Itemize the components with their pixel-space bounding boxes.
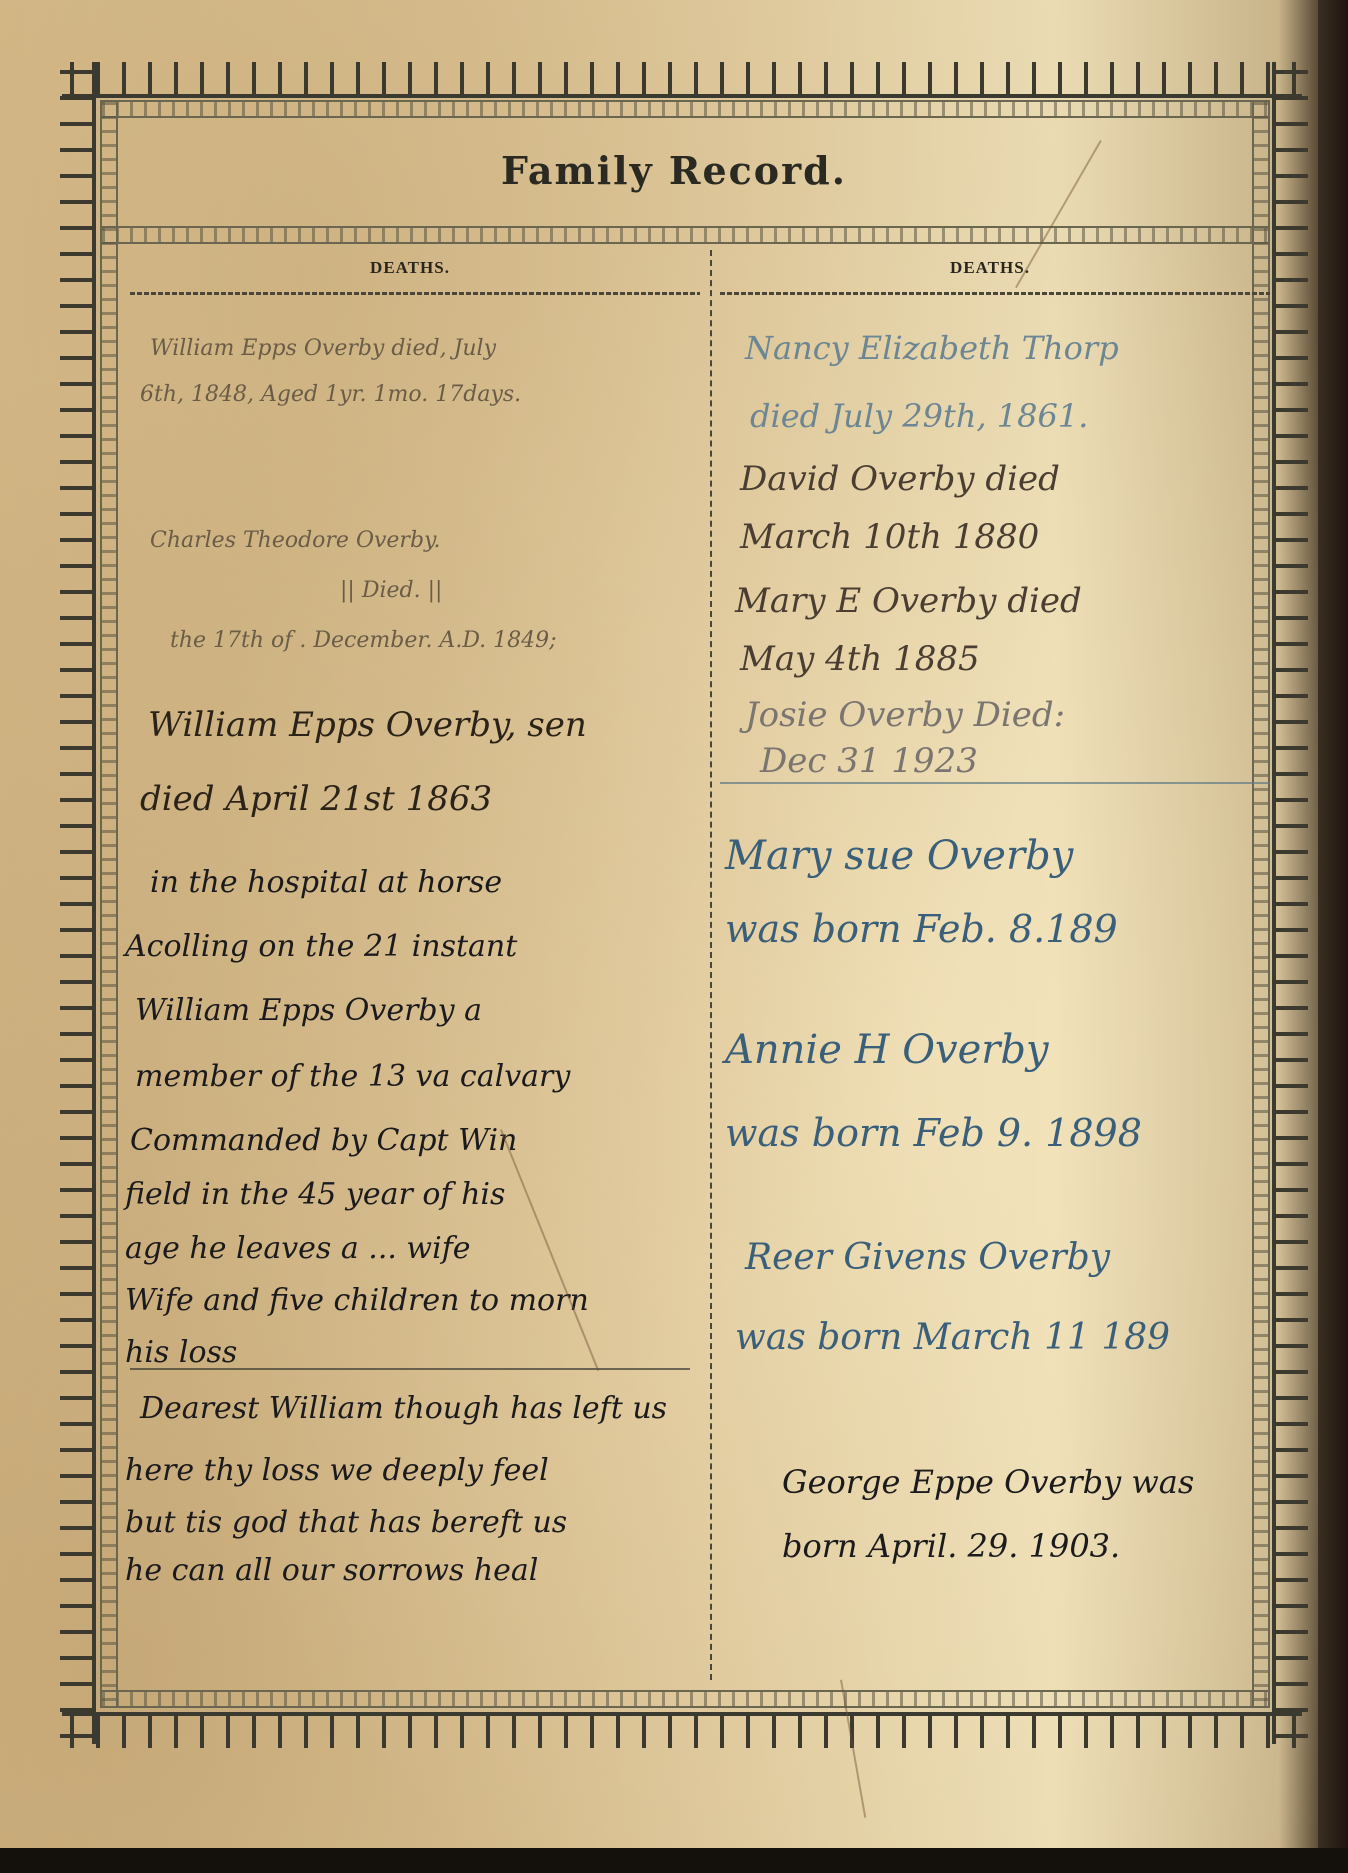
ornamental-border-top xyxy=(62,62,1302,98)
book-spine xyxy=(1318,0,1348,1873)
ornamental-border-left xyxy=(60,62,96,1744)
entry-separator-line xyxy=(720,782,1270,784)
header-rule-right xyxy=(720,292,1270,295)
chain-border-left xyxy=(100,100,118,1708)
ornamental-border-right xyxy=(1272,62,1308,1744)
page-bottom-edge xyxy=(0,1848,1348,1873)
paper-crease xyxy=(500,1129,599,1371)
chain-border-top xyxy=(100,100,1270,118)
chain-border-title-divider xyxy=(100,226,1270,244)
chain-border-bottom xyxy=(100,1690,1270,1708)
page-title: Family Record. xyxy=(0,148,1348,193)
ornamental-border-bottom xyxy=(62,1712,1302,1748)
chain-border-right xyxy=(1252,100,1270,1708)
column-divider xyxy=(710,250,712,1680)
header-rule-left xyxy=(130,292,700,295)
column-header-right: DEATHS. xyxy=(720,258,1260,278)
record-page: Family Record. DEATHS. DEATHS. William E… xyxy=(0,0,1318,1848)
entry-separator-line xyxy=(130,1368,690,1370)
column-header-left: DEATHS. xyxy=(130,258,690,278)
